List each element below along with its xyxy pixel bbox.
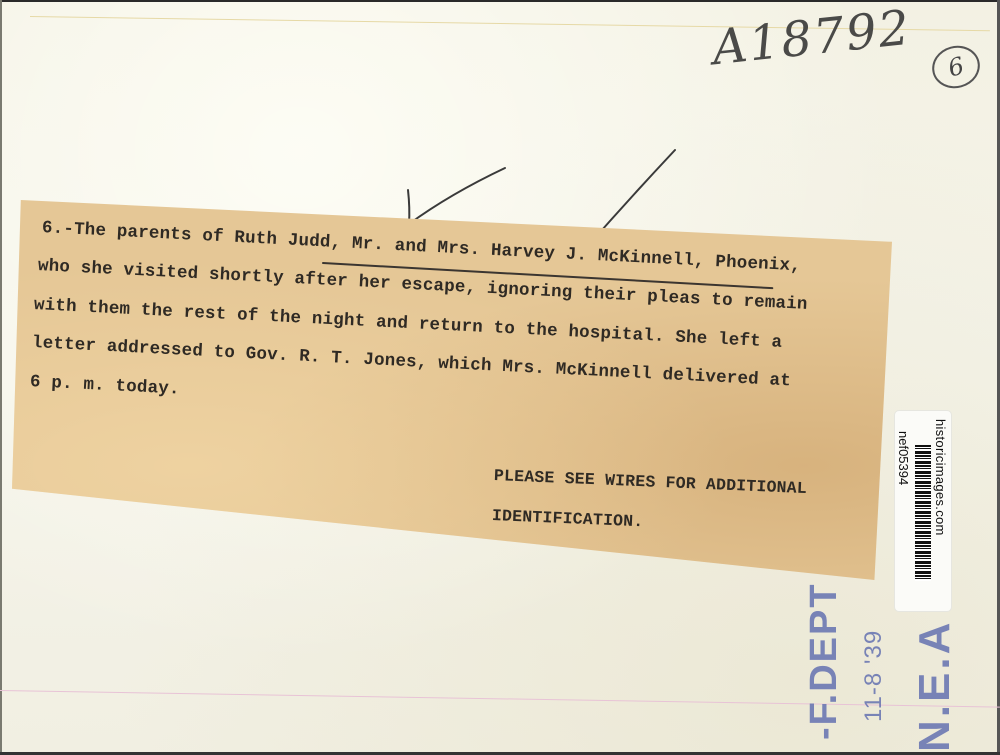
barcode-icon [915, 445, 931, 581]
scan-edge-top [0, 0, 1000, 2]
barcode-code-text: nef05394 [896, 431, 911, 485]
photo-back: A18792 6 6.-The parents of Ruth Judd, Mr… [0, 0, 1000, 755]
scan-edge-left [0, 0, 2, 755]
department-stamp: -F.DEPT [803, 582, 846, 740]
barcode-label: historicimages.com nef05394 [894, 410, 952, 612]
circled-number: 6 [927, 41, 984, 94]
pink-rule-line [0, 690, 1000, 708]
handwritten-catalog-number: A18792 [710, 0, 914, 76]
date-stamp: 11-8 '39 [860, 630, 888, 722]
agency-stamp: N.E.A [910, 620, 960, 752]
circled-number-text: 6 [945, 51, 967, 82]
barcode-site-text: historicimages.com [933, 419, 948, 536]
